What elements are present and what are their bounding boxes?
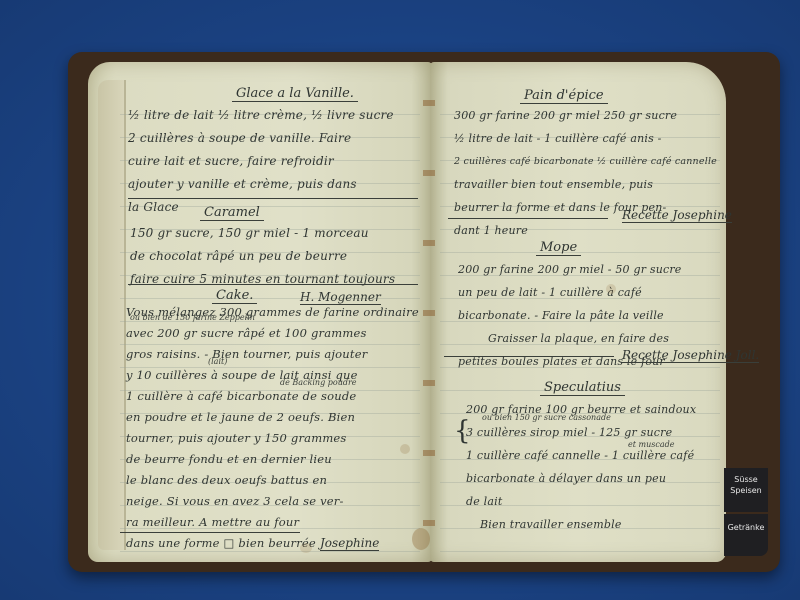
recipe-title-mope: Mope bbox=[536, 240, 581, 256]
index-tab-suesse-speisen[interactable]: Süsse Speisen bbox=[724, 468, 768, 512]
text-line: ½ litre de lait - 1 cuillère café anis - bbox=[454, 127, 724, 150]
text-line: Bien travailler ensemble bbox=[466, 513, 722, 536]
divider-line bbox=[444, 356, 614, 357]
text-line: 3 cuillères sirop miel - 125 gr sucre bbox=[466, 421, 722, 444]
text-line: la Glace bbox=[128, 196, 418, 219]
recipe-title-caramel: Caramel bbox=[200, 205, 264, 221]
recipe-body-cake: Vous mélangez 300 grammes de farine ordi… bbox=[126, 302, 424, 554]
recipe-title-pain-epice: Pain d'épice bbox=[520, 88, 608, 104]
recipe-title-speculatius: Speculatius bbox=[540, 380, 625, 396]
text-line: travailler bien tout ensemble, puis bbox=[454, 173, 724, 196]
text-line: ½ litre de lait ½ litre crème, ½ livre s… bbox=[128, 104, 418, 127]
text-line: un peu de lait - 1 cuillère à café bbox=[458, 281, 726, 304]
text-line: de beurre fondu et en dernier lieu bbox=[126, 449, 424, 470]
text-line: bicarbonate. - Faire la pâte la veille bbox=[458, 304, 726, 327]
text-line: cuire lait et sucre, faire refroidir bbox=[128, 150, 418, 173]
stain bbox=[606, 284, 616, 294]
text-line: de lait bbox=[466, 490, 722, 513]
text-line: 150 gr sucre, 150 gr miel - 1 morceau bbox=[130, 222, 420, 245]
text-line: ra meilleur. A mettre au four bbox=[126, 512, 424, 533]
text-line: 200 gr farine 200 gr miel - 50 gr sucre bbox=[458, 258, 726, 281]
text-line: le blanc des deux oeufs battus en bbox=[126, 470, 424, 491]
text-line: faire cuire 5 minutes en tournant toujou… bbox=[130, 268, 420, 291]
spine-stains bbox=[423, 70, 435, 560]
stain bbox=[300, 543, 312, 553]
signature-cake: Josephine bbox=[320, 536, 379, 551]
signature-pain-epice: Recette Josephine bbox=[622, 208, 732, 223]
text-line: en poudre et le jaune de 2 oeufs. Bien bbox=[126, 407, 424, 428]
text-line: avec 200 gr sucre râpé et 100 grammes bbox=[126, 323, 424, 344]
divider-line bbox=[120, 532, 300, 533]
tab-label: Süsse Speisen bbox=[730, 475, 761, 495]
divider-line bbox=[128, 284, 418, 285]
divider-line bbox=[448, 218, 608, 219]
text-line: 2 cuillères à soupe de vanille. Faire bbox=[128, 127, 418, 150]
text-line: 2 cuillères café bicarbonate ½ cuillère … bbox=[454, 150, 724, 173]
recipe-body-caramel: 150 gr sucre, 150 gr miel - 1 morceau de… bbox=[130, 222, 420, 291]
text-line: 200 gr farine 100 gr beurre et saindoux bbox=[466, 398, 722, 421]
text-line: 1 cuillère à café bicarbonate de soude bbox=[126, 386, 424, 407]
curly-brace-mark: { bbox=[454, 416, 471, 446]
stain bbox=[412, 528, 430, 550]
stain bbox=[400, 444, 410, 454]
text-line: y 10 cuillères à soupe de lait ainsi que bbox=[126, 365, 424, 386]
recipe-body-speculatius: 200 gr farine 100 gr beurre et saindoux … bbox=[466, 398, 722, 536]
text-line: de chocolat râpé un peu de beurre bbox=[130, 245, 420, 268]
text-line: neige. Si vous en avez 3 cela se ver- bbox=[126, 491, 424, 512]
text-line: Vous mélangez 300 grammes de farine ordi… bbox=[126, 302, 424, 323]
text-line: gros raisins. - Bien tourner, puis ajout… bbox=[126, 344, 424, 365]
text-line: 1 cuillère café cannelle - 1 cuillère ca… bbox=[466, 444, 722, 467]
index-tab-getraenke[interactable]: Getränke bbox=[724, 514, 768, 556]
divider-line bbox=[128, 198, 418, 199]
text-line: bicarbonate à délayer dans un peu bbox=[466, 467, 722, 490]
text-line: tourner, puis ajouter y 150 grammes bbox=[126, 428, 424, 449]
text-line: ajouter y vanille et crème, puis dans bbox=[128, 173, 418, 196]
recipe-body-glace: ½ litre de lait ½ litre crème, ½ livre s… bbox=[128, 104, 418, 219]
tab-label: Getränke bbox=[728, 523, 765, 532]
recipe-title-glace: Glace a la Vanille. bbox=[232, 86, 358, 102]
text-line: Graisser la plaque, en faire des bbox=[458, 327, 726, 350]
signature-mope: Recette Josephine Joll. bbox=[622, 348, 759, 363]
text-line: 300 gr farine 200 gr miel 250 gr sucre bbox=[454, 104, 724, 127]
